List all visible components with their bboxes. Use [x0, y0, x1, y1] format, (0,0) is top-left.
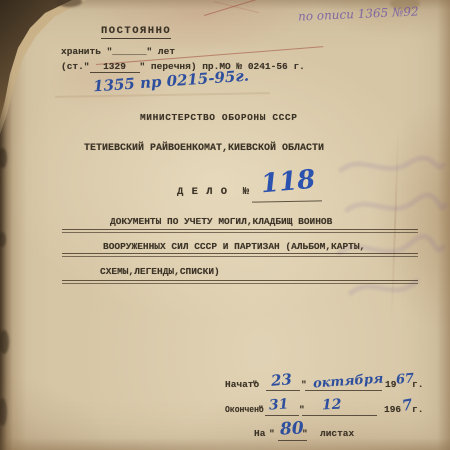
sheets-count-underline — [278, 440, 307, 441]
started-month-underline — [305, 390, 382, 391]
sheets-word: листах — [320, 428, 354, 439]
started-day-handwritten: 23 — [270, 370, 292, 390]
title-rule — [62, 229, 418, 233]
open-quote: " — [269, 428, 275, 439]
started-day-underline — [266, 390, 300, 391]
year-suffix: г. — [412, 379, 423, 390]
case-number-handwritten: 118 — [260, 165, 317, 200]
close-quote: " — [299, 404, 305, 415]
close-quote: " — [301, 379, 307, 390]
close-quote: " — [302, 428, 308, 439]
military-commissariat-line: ТЕТИЕВСКИЙ РАЙВОЕНКОМАТ,КИЕВСКОЙ ОБЛАСТИ — [84, 143, 324, 154]
ink-bleed-ghost-marks — [333, 135, 448, 320]
finished-day-handwritten: 31 — [268, 396, 289, 413]
finished-year-typed: 196 — [384, 404, 401, 415]
article-pre: (ст." — [61, 61, 90, 72]
open-quote: " — [258, 404, 264, 415]
article-number: 1329 — [90, 61, 140, 73]
keep-for-years-line: хранить "______" лет — [61, 46, 175, 57]
title-rule — [62, 280, 418, 284]
scanned-case-file-cover: по описи 1365 №92 ПОСТОЯННО хранить "___… — [0, 0, 450, 450]
finished-day-underline — [265, 415, 299, 416]
title-rule — [62, 253, 418, 257]
finished-month-underline — [302, 415, 377, 416]
sheets-label: На — [254, 428, 265, 439]
sheets-count-handwritten: 80 — [279, 418, 304, 439]
case-title-line-3: СХЕМЫ,ЛЕГЕНДЫ,СПИСКИ) — [100, 266, 220, 277]
finished-month-handwritten: 12 — [322, 397, 342, 414]
started-year-typed: 19 — [385, 379, 396, 390]
open-quote: " — [252, 379, 258, 390]
year-suffix: г. — [412, 404, 423, 415]
case-title-line-2: ВООРУЖЕННЫХ СИЛ СССР И ПАРТИЗАН (АЛЬБОМ,… — [103, 241, 365, 252]
case-label: Д Е Л О № — [177, 186, 250, 198]
permanent-retention-stamp: ПОСТОЯННО — [101, 25, 171, 39]
case-title-line-1: ДОКУМЕНТЫ ПО УЧЕТУ МОГИЛ,КЛАДБИЩ ВОИНОВ — [110, 216, 332, 227]
ministry-line: МИНИСТЕРСТВО ОБОРОНЫ СССР — [140, 112, 298, 123]
